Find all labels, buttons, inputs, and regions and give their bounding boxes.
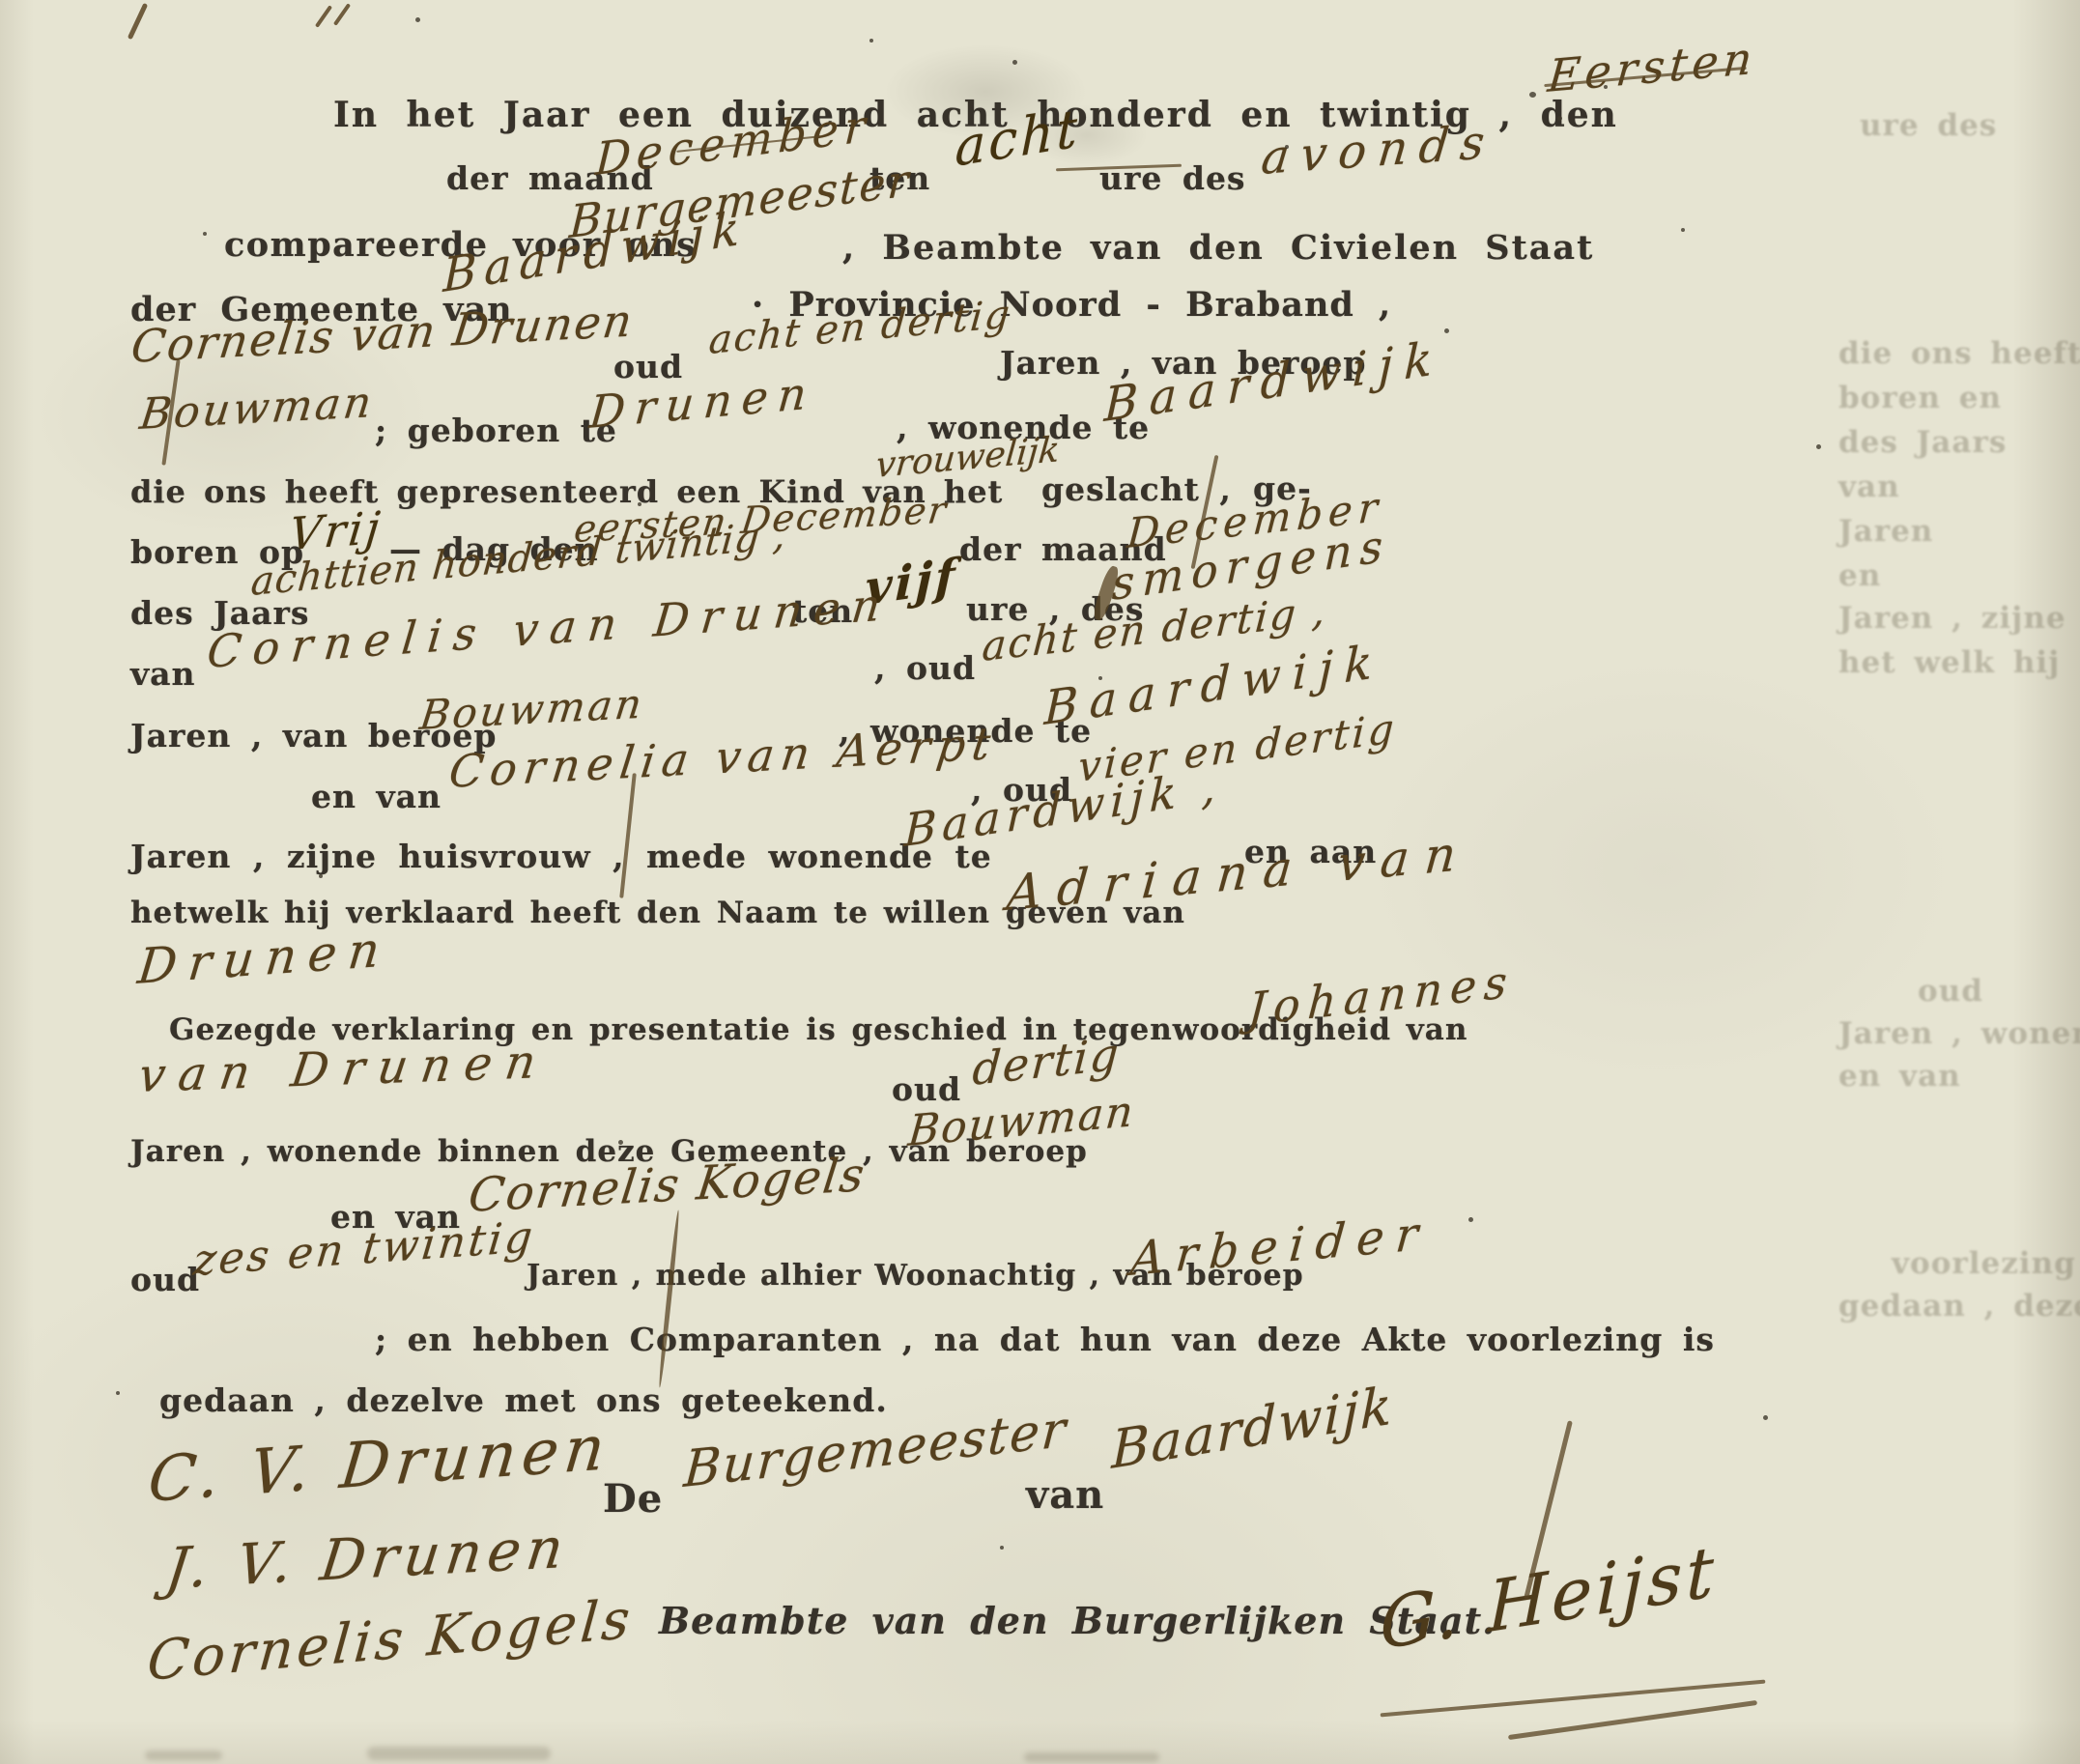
bleedthrough-text: des Jaars xyxy=(1838,425,2007,460)
page-edge-smudge xyxy=(1024,1752,1159,1762)
bleedthrough-text: ure des xyxy=(1860,108,1997,143)
ink-speck xyxy=(1012,60,1017,65)
bleedthrough-text: en xyxy=(1838,558,1881,593)
bleedthrough-text: oud xyxy=(1918,974,1983,1009)
bleedthrough-text: Jaren , zijne huisvrouw xyxy=(1838,601,2080,636)
handwritten-entry-gemeente-signatureline: Baardwijk xyxy=(1111,1375,1394,1481)
ink-speck xyxy=(1763,1415,1768,1420)
form-printed-text: van xyxy=(130,655,196,693)
ink-stroke-top-left xyxy=(333,3,351,26)
document-page: In het Jaar een duizend acht honderd en … xyxy=(0,0,2080,1764)
bleedthrough-text: het welk hij xyxy=(1838,645,2060,680)
page-edge-smudge xyxy=(367,1747,551,1760)
ink-speck xyxy=(116,1391,120,1395)
ink-speck xyxy=(1098,676,1102,680)
form-printed-text: De xyxy=(603,1476,663,1522)
signature-witness2: Cornelis Kogels xyxy=(145,1587,636,1693)
ink-speck xyxy=(319,874,323,878)
signature-witness1: J. V. Drunen xyxy=(162,1515,573,1602)
ink-flourish xyxy=(1508,1700,1757,1740)
handwritten-entry-child-surname: Drunen xyxy=(135,921,394,995)
ink-speck xyxy=(1285,145,1289,149)
form-printed-text: ; en hebben Comparanten , na dat hun van… xyxy=(375,1321,1715,1358)
bleedthrough-text: boren en xyxy=(1838,381,2002,415)
form-printed-text: gedaan , dezelve met ons geteekend. xyxy=(159,1381,888,1419)
form-printed-text: van xyxy=(1026,1472,1104,1518)
official-title-printed: Beambte van den Burgerlijken Staat. xyxy=(659,1599,1496,1642)
ink-stroke-top-left xyxy=(315,5,332,28)
ink-speck xyxy=(1604,85,1608,89)
ink-speck xyxy=(638,502,641,506)
signature-official: G. Heijst xyxy=(1380,1529,1718,1665)
ink-speck xyxy=(1681,228,1685,232)
form-printed-text: Jaren , zijne huisvrouw , mede wonende t… xyxy=(130,838,992,875)
bleedthrough-text: en van xyxy=(1838,1059,1961,1094)
ink-speck xyxy=(1468,1217,1473,1222)
form-printed-text: ; geboren te xyxy=(375,412,617,449)
bleedthrough-text: die ons heeft xyxy=(1838,336,2080,371)
form-printed-text: , oud xyxy=(874,649,976,687)
ink-speck xyxy=(869,39,873,43)
ink-speck xyxy=(415,17,420,22)
bleedthrough-text: Jaren xyxy=(1838,514,1933,549)
ink-speck xyxy=(1000,1546,1004,1550)
bleedthrough-text: van xyxy=(1838,469,1900,504)
ink-speck xyxy=(1816,444,1821,449)
form-printed-text: en van xyxy=(311,778,442,815)
bleedthrough-text: voorlezing is xyxy=(1892,1246,2080,1281)
ink-flourish xyxy=(657,1209,680,1388)
ink-speck xyxy=(1529,92,1536,98)
ink-speck xyxy=(203,232,207,236)
handwritten-entry-day: Eersten xyxy=(1546,31,1759,102)
ink-speck xyxy=(1557,116,1562,121)
handwritten-entry-father-occupation: Bouwman xyxy=(417,679,647,739)
page-edge-smudge xyxy=(145,1750,222,1760)
bleedthrough-text: gedaan , dezelve met xyxy=(1838,1289,2080,1323)
ink-flourish xyxy=(619,773,637,898)
ink-stroke-top-left xyxy=(128,3,148,40)
handwritten-entry-child-name: Adriana van xyxy=(1005,824,1473,922)
ink-speck xyxy=(618,1140,623,1145)
form-printed-text: oud xyxy=(130,1261,200,1298)
bleedthrough-text: Jaren , wonen xyxy=(1838,1016,2080,1051)
ink-speck xyxy=(1444,328,1449,333)
signature-declarant: C. V. Drunen xyxy=(145,1412,613,1517)
form-printed-text: , Beambte van den Civielen Staat xyxy=(842,228,1594,268)
